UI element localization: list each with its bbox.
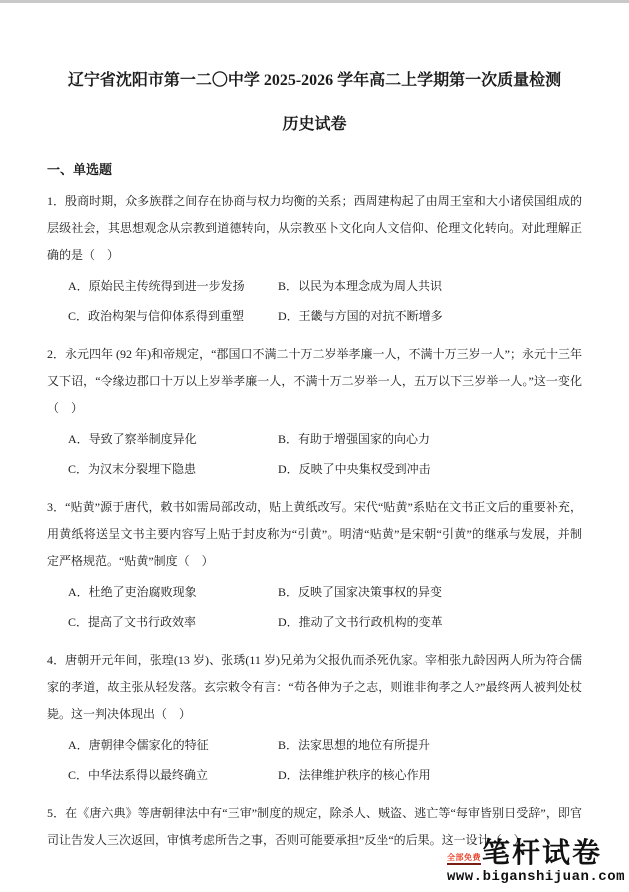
option-c: C．政治构架与信仰体系得到重塑	[68, 301, 278, 331]
page-top-border	[0, 0, 629, 3]
options-row: A．原始民主传统得到进一步发扬 B．以民为本理念成为周人共识	[47, 271, 582, 301]
options-row: A．导致了察举制度异化 B．有助于增强国家的向心力	[47, 424, 582, 454]
question-3: 3．“贴黄”源于唐代，敕书如需局部改动，贴上黄纸改写。宋代“贴黄”系贴在文书正文…	[47, 494, 582, 637]
question-stem: 4．唐朝开元年间，张瑝(13 岁)、张琇(11 岁)兄弟为父报仇而杀死仇家。宰相…	[47, 647, 582, 728]
option-text: 王畿与方国的对抗不断增多	[299, 309, 443, 323]
options-row: C．中华法系得以最终确立 D．法律维护秩序的核心作用	[47, 760, 582, 790]
question-number: 1．	[47, 194, 65, 208]
question-1: 1．殷商时期，众多族群之间存在协商与权力均衡的关系；西周建构起了由周王室和大小诸…	[47, 188, 582, 331]
question-text: 殷商时期，众多族群之间存在协商与权力均衡的关系；西周建构起了由周王室和大小诸侯国…	[47, 194, 582, 262]
option-label: C．	[68, 615, 88, 629]
option-text: 杜绝了吏治腐败现象	[89, 585, 197, 599]
question-text: “贴黄”源于唐代，敕书如需局部改动，贴上黄纸改写。宋代“贴黄”系贴在文书正文后的…	[47, 500, 582, 568]
question-stem: 2．永元四年 (92 年)和帝规定，“郡国口不满二十万二岁举孝廉一人，不满十万三…	[47, 341, 582, 422]
question-number: 3．	[47, 500, 65, 514]
option-label: B．	[278, 432, 298, 446]
option-label: C．	[68, 309, 88, 323]
question-text: 唐朝开元年间，张瑝(13 岁)、张琇(11 岁)兄弟为父报仇而杀死仇家。宰相张九…	[47, 653, 582, 721]
option-label: D．	[278, 615, 299, 629]
option-label: B．	[278, 585, 298, 599]
option-d: D．王畿与方国的对抗不断增多	[278, 301, 443, 331]
option-b: B．法家思想的地位有所提升	[278, 730, 430, 760]
brand-url: www.biganshijuan.com	[447, 870, 625, 884]
question-number: 5．	[47, 806, 65, 820]
option-text: 原始民主传统得到进一步发扬	[89, 279, 245, 293]
option-d: D．推动了文书行政机构的变革	[278, 607, 443, 637]
exam-page: 辽宁省沈阳市第一二〇中学 2025-2026 学年高二上学期第一次质量检测 历史…	[0, 0, 629, 854]
options-row: C．政治构架与信仰体系得到重塑 D．王畿与方国的对抗不断增多	[47, 301, 582, 331]
option-text: 推动了文书行政机构的变革	[299, 615, 443, 629]
options-row: A．杜绝了吏治腐败现象 B．反映了国家决策事权的异变	[47, 577, 582, 607]
option-label: C．	[68, 768, 88, 782]
watermark-logo: 全部免费 笔杆试卷 www.biganshijuan.com	[447, 840, 625, 884]
options-row: A．唐朝律令儒家化的特征 B．法家思想的地位有所提升	[47, 730, 582, 760]
options-row: C．提高了文书行政效率 D．推动了文书行政机构的变革	[47, 607, 582, 637]
option-label: C．	[68, 462, 88, 476]
brand-name: 笔杆试卷	[482, 840, 602, 868]
option-text: 中华法系得以最终确立	[88, 768, 208, 782]
option-text: 为汉末分裂埋下隐患	[88, 462, 196, 476]
question-number: 2．	[47, 347, 65, 361]
option-text: 法家思想的地位有所提升	[298, 738, 430, 752]
option-d: D．法律维护秩序的核心作用	[278, 760, 431, 790]
option-label: A．	[68, 738, 89, 752]
section-heading: 一、单选题	[47, 135, 582, 178]
option-c: C．为汉末分裂埋下隐患	[68, 454, 278, 484]
option-text: 唐朝律令儒家化的特征	[89, 738, 209, 752]
question-4: 4．唐朝开元年间，张瑝(13 岁)、张琇(11 岁)兄弟为父报仇而杀死仇家。宰相…	[47, 647, 582, 790]
option-label: B．	[278, 279, 298, 293]
question-stem: 3．“贴黄”源于唐代，敕书如需局部改动，贴上黄纸改写。宋代“贴黄”系贴在文书正文…	[47, 494, 582, 575]
option-a: A．导致了察举制度异化	[68, 424, 278, 454]
option-label: A．	[68, 432, 89, 446]
brand-row: 全部免费 笔杆试卷	[447, 840, 625, 868]
option-label: D．	[278, 462, 299, 476]
question-number: 4．	[47, 653, 65, 667]
options-row: C．为汉末分裂埋下隐患 D．反映了中央集权受到冲击	[47, 454, 582, 484]
option-text: 反映了中央集权受到冲击	[299, 462, 431, 476]
free-badge: 全部免费	[447, 854, 481, 865]
option-c: C．中华法系得以最终确立	[68, 760, 278, 790]
page-title: 辽宁省沈阳市第一二〇中学 2025-2026 学年高二上学期第一次质量检测	[47, 0, 582, 91]
option-b: B．反映了国家决策事权的异变	[278, 577, 442, 607]
option-b: B．以民为本理念成为周人共识	[278, 271, 442, 301]
option-a: A．唐朝律令儒家化的特征	[68, 730, 278, 760]
option-text: 导致了察举制度异化	[89, 432, 197, 446]
option-b: B．有助于增强国家的向心力	[278, 424, 430, 454]
option-text: 政治构架与信仰体系得到重塑	[88, 309, 244, 323]
option-text: 提高了文书行政效率	[88, 615, 196, 629]
option-text: 有助于增强国家的向心力	[298, 432, 430, 446]
option-c: C．提高了文书行政效率	[68, 607, 278, 637]
option-text: 反映了国家决策事权的异变	[298, 585, 442, 599]
option-text: 以民为本理念成为周人共识	[298, 279, 442, 293]
option-label: A．	[68, 279, 89, 293]
option-label: D．	[278, 768, 299, 782]
question-stem: 1．殷商时期，众多族群之间存在协商与权力均衡的关系；西周建构起了由周王室和大小诸…	[47, 188, 582, 269]
option-label: D．	[278, 309, 299, 323]
option-a: A．原始民主传统得到进一步发扬	[68, 271, 278, 301]
question-text: 永元四年 (92 年)和帝规定，“郡国口不满二十万二岁举孝廉一人，不满十万三岁一…	[47, 347, 582, 415]
option-label: A．	[68, 585, 89, 599]
option-text: 法律维护秩序的核心作用	[299, 768, 431, 782]
page-subtitle: 历史试卷	[47, 91, 582, 135]
question-2: 2．永元四年 (92 年)和帝规定，“郡国口不满二十万二岁举孝廉一人，不满十万三…	[47, 341, 582, 484]
option-a: A．杜绝了吏治腐败现象	[68, 577, 278, 607]
option-label: B．	[278, 738, 298, 752]
option-d: D．反映了中央集权受到冲击	[278, 454, 431, 484]
